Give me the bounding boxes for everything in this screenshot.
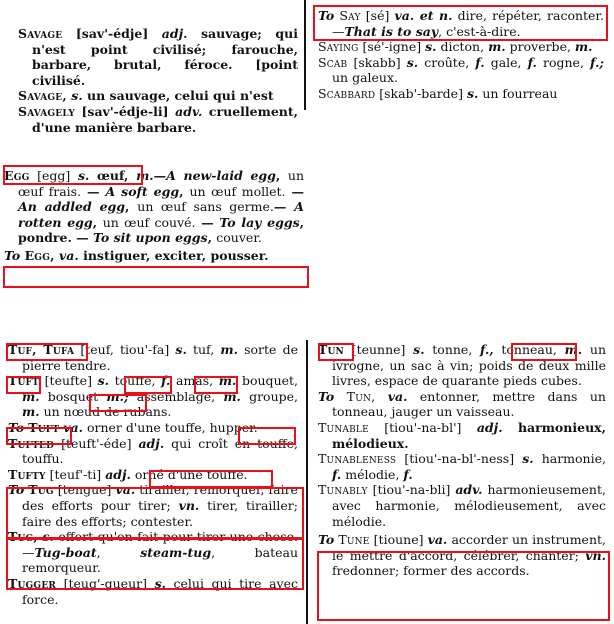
- pronunciation: [tiou'-na-bl']: [384, 420, 461, 435]
- highlight-box-to-egg: [3, 266, 309, 288]
- snippet-tuft-tune: Tuf, Tufa [teuf, tiou'-fa] s. tuf, m. so…: [0, 340, 614, 624]
- pronunciation: [teufte]: [45, 373, 92, 388]
- part-of-speech: s.: [71, 88, 82, 103]
- pronunciation: [egg]: [37, 168, 70, 183]
- definition: un sauvage, celui qui n'est: [87, 88, 274, 103]
- column-divider: [306, 340, 308, 624]
- gender: m.: [565, 342, 583, 357]
- headword: Tunableness: [318, 451, 396, 466]
- headword: Egg,: [25, 248, 55, 263]
- pronunciation: [teuft'-éde]: [61, 436, 131, 451]
- definition: dire, répéter, raconter.: [458, 8, 604, 23]
- entry-to-tuft: To Tuft va. orner d'une touffe, hupper.: [8, 420, 298, 436]
- pronunciation: [tioune]: [374, 532, 424, 547]
- definition: un galeux.: [332, 70, 398, 85]
- headword: Tufted: [8, 436, 54, 451]
- phrase-fr: couver.: [216, 230, 262, 245]
- phrase-en: A soft egg: [106, 184, 180, 199]
- headword: Tufty: [8, 467, 46, 482]
- definition: mélodie,: [345, 467, 399, 482]
- part-of-speech: s.: [98, 373, 109, 388]
- part-of-speech: vn.: [179, 498, 200, 513]
- part-of-speech: s.: [78, 168, 89, 183]
- part-of-speech: s.: [155, 576, 166, 591]
- headword: Say: [339, 8, 360, 23]
- part-of-speech: va. et n.: [395, 8, 453, 23]
- column-divider: [304, 0, 306, 110]
- part-of-speech: adj.: [162, 26, 188, 41]
- headword: Savage: [18, 26, 62, 41]
- part-of-speech: s.: [413, 342, 424, 357]
- gender: f.;: [590, 55, 604, 70]
- part-of-speech: adv.: [175, 104, 202, 119]
- headword: Scab: [318, 55, 347, 70]
- part-of-speech: s.: [42, 529, 53, 544]
- example-phrase: Tug-boat: [35, 545, 97, 560]
- entry-tug-noun: Tug, s. effort qu'on fait pour tirer une…: [8, 529, 298, 576]
- phrase-fr: un œuf mollet.: [189, 184, 285, 199]
- part-of-speech: adv.: [455, 482, 482, 497]
- phrase-en: A new-laid egg: [166, 168, 276, 183]
- part-of-speech: adj.: [105, 467, 131, 482]
- left-column: Tuf, Tufa [teuf, tiou'-fa] s. tuf, m. so…: [8, 342, 298, 607]
- gender: m.: [575, 39, 593, 54]
- definition: orner d'une touffe,: [87, 420, 206, 435]
- pronunciation: [teuf'-ti]: [50, 467, 102, 482]
- definition: groupe,: [249, 389, 298, 404]
- gender: m.: [136, 168, 154, 183]
- verb-prefix: To: [8, 420, 24, 435]
- headword: Tunably: [318, 482, 368, 497]
- pronunciation: [teuf, tiou'-fa]: [80, 342, 169, 357]
- phrase-en: To sit upon eggs: [93, 230, 208, 245]
- verb-prefix: To: [318, 389, 334, 404]
- part-of-speech: va.: [428, 532, 448, 547]
- entry-savage-adj: Savage [sav'-édje] adj. sauvage; qui n'e…: [18, 26, 298, 88]
- pronunciation: [sé'-igne]: [362, 39, 421, 54]
- part-of-speech: s.: [175, 342, 186, 357]
- definition: amas,: [176, 373, 213, 388]
- entry-egg: Egg [egg] s. œuf, m.—A new-laid egg, un …: [4, 168, 304, 246]
- snippet-egg: Egg [egg] s. œuf, m.—A new-laid egg, un …: [4, 168, 304, 264]
- right-column: Tun [teunne] s. tonne, f., tonneau, m. u…: [318, 342, 606, 579]
- part-of-speech: s.: [467, 86, 478, 101]
- verb-prefix: To: [4, 248, 20, 263]
- entry-tunably: Tunably [tiou'-na-bli] adv. harmonieusem…: [318, 482, 606, 529]
- definition: assemblage,: [137, 389, 215, 404]
- headword: Tug: [28, 482, 53, 497]
- part-of-speech: s.: [425, 39, 436, 54]
- definition: gale,: [491, 55, 522, 70]
- entry-to-egg: To Egg, va. instiguer, exciter, pousser.: [4, 248, 304, 264]
- part-of-speech: va.: [115, 482, 135, 497]
- entry-tufty: Tufty [teuf'-ti] adj. orné d'une touffe.: [8, 467, 298, 483]
- phrase-fr: un œuf couvé.: [103, 215, 196, 230]
- gender: m.: [223, 389, 241, 404]
- definition: croûte,: [424, 55, 469, 70]
- definition: instiguer, exciter, pousser.: [83, 248, 268, 263]
- gender: f.,: [480, 342, 494, 357]
- left-column: Savage [sav'-édje] adj. sauvage; qui n'e…: [18, 26, 298, 135]
- gender: m.: [219, 373, 237, 388]
- entry-tunableness: Tunableness [tiou'-na-bl'-ness] s. harmo…: [318, 451, 606, 482]
- phrase-fr: un œuf sans germe.: [137, 199, 274, 214]
- gender: m.: [22, 389, 40, 404]
- pronunciation: [teug'-gueur]: [64, 576, 147, 591]
- definition: tuf,: [193, 342, 214, 357]
- entry-tunable: Tunable [tiou'-na-bl'] adj. harmonieux, …: [318, 420, 606, 451]
- gender: m.: [220, 342, 238, 357]
- definition: dicton,: [441, 39, 485, 54]
- example-phrase: That is to say: [345, 24, 439, 39]
- headword: Tuf, Tufa: [8, 342, 74, 357]
- gender: m.;: [106, 389, 128, 404]
- definition: œuf,: [97, 168, 128, 183]
- part-of-speech: vn.: [585, 548, 606, 563]
- headword: Savage,: [18, 88, 67, 103]
- verb-prefix: To: [8, 482, 24, 497]
- headword: Tunable: [318, 420, 369, 435]
- definition: fredonner; former des accords.: [332, 563, 530, 578]
- definition: proverbe,: [510, 39, 571, 54]
- headword: Tug,: [8, 529, 38, 544]
- headword: Tuft: [8, 373, 39, 388]
- definition: orné d'une touffe.: [135, 467, 248, 482]
- definition: harmonie,: [542, 451, 606, 466]
- gender: f.: [403, 467, 412, 482]
- entry-to-tun: To Tun, va. entonner, mettre dans un ton…: [318, 389, 606, 420]
- entry-scabbard: Scabbard [skab'-barde] s. un fourreau: [318, 86, 604, 102]
- headword: Tune: [338, 532, 369, 547]
- part-of-speech: va.: [59, 248, 79, 263]
- entry-scab: Scab [skabb] s. croûte, f. gale, f. rogn…: [318, 55, 604, 86]
- pronunciation: [tengue]: [58, 482, 112, 497]
- entry-tufted: Tufted [teuft'-éde] adj. qui croît en to…: [8, 436, 298, 467]
- headword: Scabbard: [318, 86, 375, 101]
- pronunciation: [sé]: [366, 8, 390, 23]
- part-of-speech: adj.: [138, 436, 164, 451]
- right-column: To Say [sé] va. et n. dire, répéter, rac…: [318, 8, 604, 102]
- gender: f.: [475, 55, 484, 70]
- headword: Savagely: [18, 104, 75, 119]
- gender: m.: [488, 39, 506, 54]
- example-phrase: steam-tug: [140, 545, 211, 560]
- headword: Tugger: [8, 576, 56, 591]
- pronunciation: [sav'-édje-li]: [82, 104, 169, 119]
- part-of-speech: s.: [522, 451, 533, 466]
- headword: Egg: [4, 168, 30, 183]
- entry-tuf-tufa: Tuf, Tufa [teuf, tiou'-fa] s. tuf, m. so…: [8, 342, 298, 373]
- verb-prefix: To: [318, 532, 334, 547]
- headword: Tun: [318, 342, 344, 357]
- gender: f.: [161, 373, 170, 388]
- definition: un fourreau: [482, 86, 557, 101]
- entry-tuft: Tuft [teufte] s. touffe, f. amas, m. bou…: [8, 373, 298, 420]
- definition: harmonieux, mélodieux.: [332, 420, 606, 451]
- entry-to-tune: To Tune [tioune] va. accorder un instrum…: [318, 532, 606, 579]
- definition: hupper.: [210, 420, 258, 435]
- definition: tonne,: [432, 342, 472, 357]
- entry-to-say: To Say [sé] va. et n. dire, répéter, rac…: [318, 8, 604, 39]
- definition: rogne,: [543, 55, 584, 70]
- definition: tonneau,: [501, 342, 557, 357]
- gender: f.: [332, 467, 341, 482]
- phrase-fr: pondre.: [18, 230, 72, 245]
- definition: bouquet,: [242, 373, 298, 388]
- headword: Saying: [318, 39, 358, 54]
- phrase-en: An addled egg: [18, 199, 125, 214]
- pronunciation: [tiou'-na-bl'-ness]: [404, 451, 514, 466]
- example-translation: , c'est-à-dire.: [438, 24, 520, 39]
- entry-saying: Saying [sé'-igne] s. dicton, m. proverbe…: [318, 39, 604, 55]
- gender: m.: [22, 404, 40, 419]
- part-of-speech: va.: [63, 420, 83, 435]
- phrase-en: To lay eggs: [219, 215, 299, 230]
- snippet-savage-say: Savage [sav'-édje] adj. sauvage; qui n'e…: [0, 18, 614, 118]
- definition: touffe,: [115, 373, 156, 388]
- pronunciation: [teunne]: [352, 342, 406, 357]
- entry-savagely: Savagely [sav'-édje-li] adv. cruellement…: [18, 104, 298, 135]
- definition: bosquet: [48, 389, 98, 404]
- headword: Tun,: [347, 389, 376, 404]
- verb-prefix: To: [318, 8, 334, 23]
- part-of-speech: s.: [407, 55, 418, 70]
- pronunciation: [sav'-édje]: [76, 26, 148, 41]
- entry-savage-noun: Savage, s. un sauvage, celui qui n'est: [18, 88, 298, 104]
- part-of-speech: va.: [388, 389, 408, 404]
- headword: Tuft: [28, 420, 59, 435]
- entry-tugger: Tugger [teug'-gueur] s. celui qui tire a…: [8, 576, 298, 607]
- entry-tun: Tun [teunne] s. tonne, f., tonneau, m. u…: [318, 342, 606, 389]
- part-of-speech: adj.: [477, 420, 503, 435]
- definition: un nœud de rubans.: [44, 404, 172, 419]
- entry-to-tug: To Tug [tengue] va. tirailler, remorquer…: [8, 482, 298, 529]
- pronunciation: [tiou'-na-bli]: [373, 482, 451, 497]
- gender: f.: [528, 55, 537, 70]
- pronunciation: [skabb]: [353, 55, 400, 70]
- pronunciation: [skab'-barde]: [379, 86, 463, 101]
